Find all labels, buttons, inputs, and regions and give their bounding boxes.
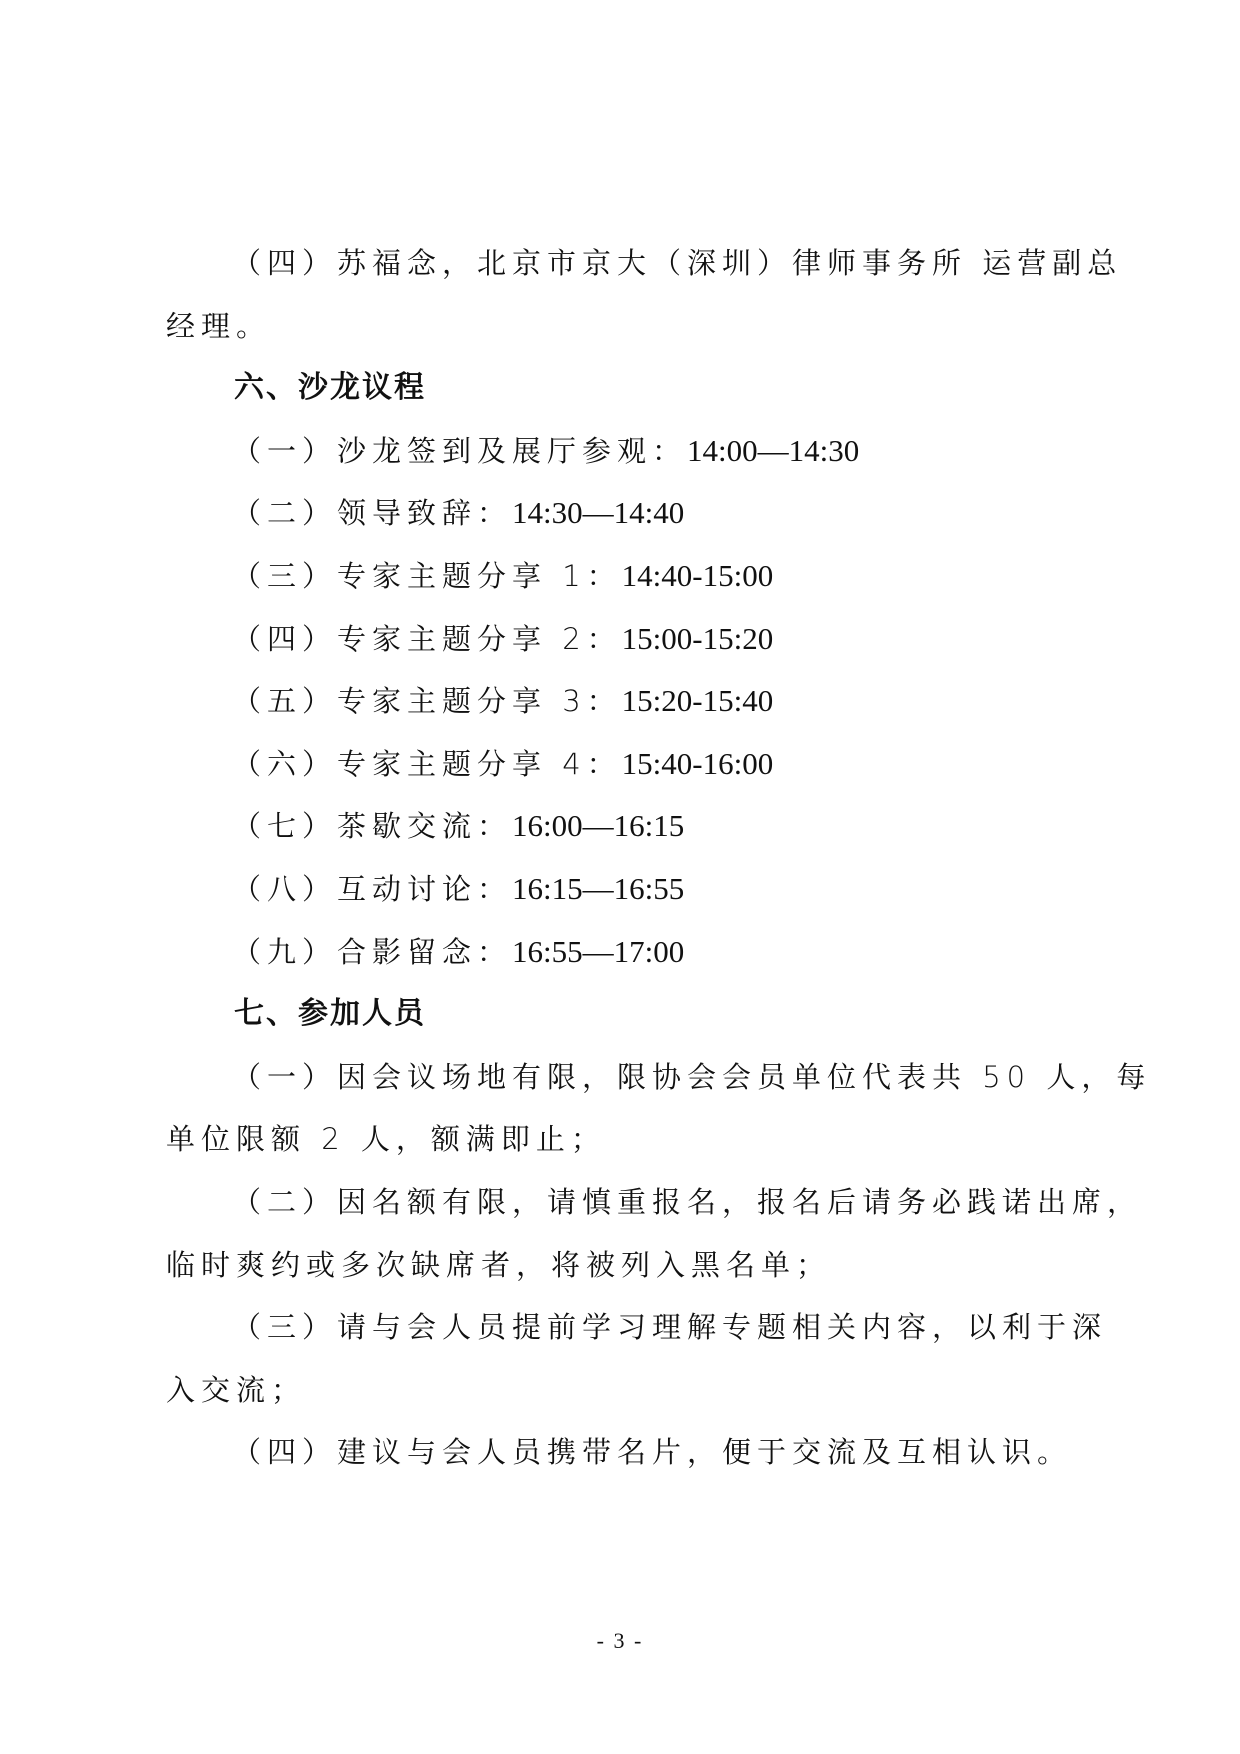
- agenda-item-time: 15:40-16:00: [622, 746, 774, 781]
- speaker-item-line2: 经理。: [166, 295, 1072, 358]
- agenda-item-time: 14:30—14:40: [512, 495, 684, 530]
- agenda-item-label: （八）互动讨论：: [232, 872, 512, 906]
- agenda-item-time: 14:40-15:00: [622, 558, 774, 593]
- participant-rule-line2: 单位限额 2 人，额满即止；: [166, 1108, 1072, 1171]
- agenda-item-time: 16:15—16:55: [512, 871, 684, 906]
- participant-rule-line1: （一）因会议场地有限，限协会会员单位代表共 50 人，每: [166, 1046, 1072, 1109]
- speaker-item-line1: （四）苏福念，北京市京大（深圳）律师事务所 运营副总: [166, 232, 1072, 295]
- agenda-item: （三）专家主题分享 1：14:40-15:00: [166, 545, 1072, 608]
- agenda-item: （五）专家主题分享 3：15:20-15:40: [166, 670, 1072, 733]
- agenda-item-label: （四）专家主题分享 2：: [232, 622, 622, 656]
- agenda-item: （七）茶歇交流：16:00—16:15: [166, 795, 1072, 858]
- agenda-item-time: 16:00—16:15: [512, 808, 684, 843]
- agenda-item-label: （三）专家主题分享 1：: [232, 559, 622, 593]
- agenda-item-time: 15:00-15:20: [622, 621, 774, 656]
- agenda-item: （一）沙龙签到及展厅参观：14:00—14:30: [166, 420, 1072, 483]
- participant-rule-line1: （四）建议与会人员携带名片，便于交流及互相认识。: [166, 1421, 1072, 1484]
- agenda-item-label: （二）领导致辞：: [232, 496, 512, 530]
- agenda-item: （八）互动讨论：16:15—16:55: [166, 858, 1072, 921]
- section-heading-agenda: 六、沙龙议程: [166, 357, 1072, 420]
- agenda-item-time: 15:20-15:40: [622, 683, 774, 718]
- participant-rule-line2: 入交流；: [166, 1359, 1072, 1422]
- agenda-item-time: 16:55—17:00: [512, 934, 684, 969]
- agenda-item-time: 14:00—14:30: [687, 433, 859, 468]
- agenda-item: （六）专家主题分享 4：15:40-16:00: [166, 733, 1072, 796]
- agenda-item: （九）合影留念：16:55—17:00: [166, 921, 1072, 984]
- section-heading-participants: 七、参加人员: [166, 983, 1072, 1046]
- agenda-item: （二）领导致辞：14:30—14:40: [166, 482, 1072, 545]
- participant-rule-line1: （二）因名额有限，请慎重报名，报名后请务必践诺出席，: [166, 1171, 1072, 1234]
- page-number: - 3 -: [0, 1628, 1240, 1654]
- agenda-item-label: （六）专家主题分享 4：: [232, 747, 622, 781]
- participant-rule-line1: （三）请与会人员提前学习理解专题相关内容，以利于深: [166, 1296, 1072, 1359]
- agenda-item: （四）专家主题分享 2：15:00-15:20: [166, 608, 1072, 671]
- agenda-item-label: （一）沙龙签到及展厅参观：: [232, 434, 687, 468]
- agenda-item-label: （九）合影留念：: [232, 935, 512, 969]
- agenda-item-label: （七）茶歇交流：: [232, 809, 512, 843]
- document-page: （四）苏福念，北京市京大（深圳）律师事务所 运营副总 经理。 六、沙龙议程 （一…: [0, 0, 1240, 1754]
- page-body: （四）苏福念，北京市京大（深圳）律师事务所 运营副总 经理。 六、沙龙议程 （一…: [166, 232, 1072, 1484]
- participant-rule-line2: 临时爽约或多次缺席者，将被列入黑名单；: [166, 1234, 1072, 1297]
- agenda-item-label: （五）专家主题分享 3：: [232, 684, 622, 718]
